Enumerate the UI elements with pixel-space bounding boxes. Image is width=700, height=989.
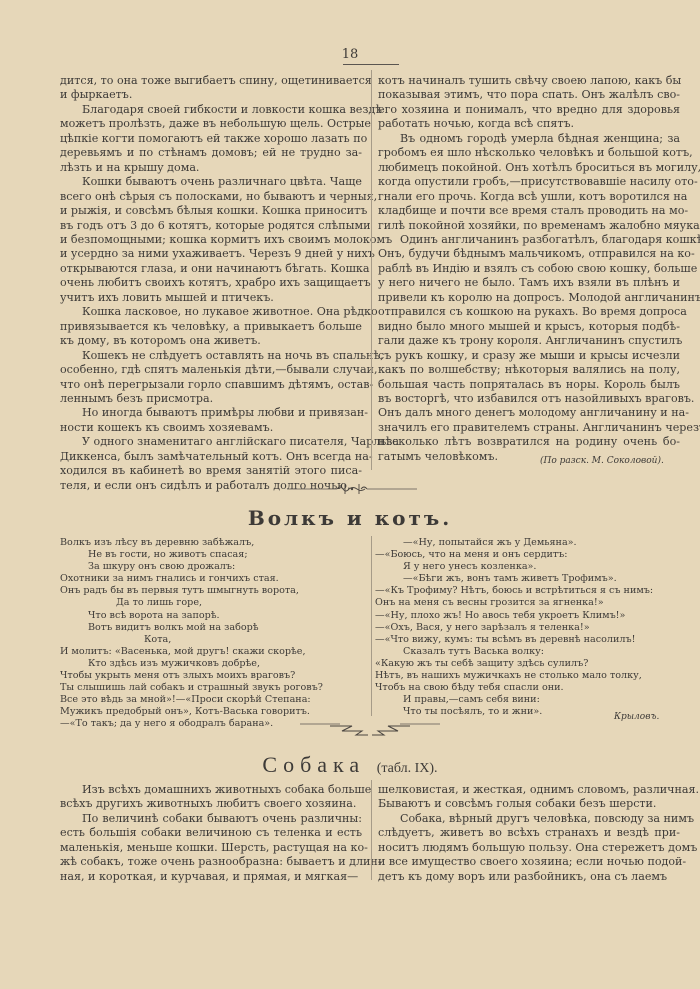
text-line: кладбище и почти все время сталъ проводи…: [378, 204, 680, 218]
text-line: раблѣ въ Индію и взялъ съ собою свою кош…: [378, 262, 680, 276]
text-line: видно было много мышей и крысъ, которыя …: [378, 320, 680, 334]
text-line: Онъ далъ много денегъ молодому англичани…: [378, 406, 680, 420]
poem-line: Онъ радъ бы въ первыя тутъ шмыгнуть воро…: [60, 585, 323, 597]
page-number: 18: [0, 47, 700, 62]
dog-title: Собака: [262, 752, 365, 777]
text-line: ходился въ кабинетѣ во время занятій это…: [60, 464, 362, 478]
text-line: шелковистая, и жесткая, однимъ словомъ, …: [378, 783, 680, 797]
poem-line: Кто здѣсь изъ мужичковъ добрѣе,: [60, 658, 323, 670]
text-line: слѣдуетъ, живетъ во всѣхъ странахъ и вез…: [378, 826, 680, 840]
paragraph: Благодаря своей гибкости и ловкости кошк…: [60, 103, 362, 175]
text-line: есть большія собаки величиною съ теленка…: [60, 826, 362, 840]
column-divider: [371, 70, 372, 470]
text-line: къ дому, въ которомъ она живетъ.: [60, 334, 362, 348]
poem-line: Не въ гости, но животъ спасая;: [60, 549, 323, 561]
text-line: цѣпкіе когти помогаютъ ей также хорошо л…: [60, 132, 362, 146]
text-line: въ годъ отъ 3 до 6 котятъ, которые родят…: [60, 219, 362, 233]
poem-line: Что ты посѣялъ, то и жни».: [375, 706, 653, 718]
paragraph: Кошки бываютъ очень различнаго цвѣта. Ча…: [60, 175, 362, 305]
text-line: жѣ собакъ, тоже очень разнообразна: быва…: [60, 855, 362, 869]
text-line: нѣсколько лѣтъ возвратился на родину оче…: [378, 435, 680, 449]
poem-line: —«Бѣги жъ, вонъ тамъ живетъ Трофимъ».: [375, 573, 653, 585]
text-line: Кошки бываютъ очень различнаго цвѣта. Ча…: [60, 175, 362, 189]
poem-left-column: Волкъ изъ лѣсу въ деревню забѣжалъ,Не въ…: [60, 537, 323, 731]
text-line: особенно, гдѣ спятъ маленькія дѣти,—быва…: [60, 363, 362, 377]
poem-line: Вотъ видитъ волкъ мой на заборѣ: [60, 622, 323, 634]
text-line: Онъ, будучи бѣднымъ мальчикомъ, отправил…: [378, 247, 680, 261]
poem-line: —«Ну, попытайся жъ у Демьяна».: [375, 537, 653, 549]
text-line: гробомъ ея шло нѣсколько человѣкъ и боль…: [378, 146, 680, 160]
text-line: и усердно за ними ухаживаетъ. Черезъ 9 д…: [60, 247, 362, 261]
text-line: отправился съ кошкою на рукахъ. Во время…: [378, 305, 680, 319]
paragraph: котъ начиналъ тушить свѣчу своею лапою, …: [378, 74, 680, 132]
poem-line: «Какую жъ ты себѣ защиту здѣсь сулилъ?: [375, 658, 653, 670]
text-line: большая часть попряталась въ норы. Корол…: [378, 378, 680, 392]
poem-line: Сказалъ тутъ Васька волку:: [375, 646, 653, 658]
text-line: и безпомощными; кошка кормитъ ихъ своимъ…: [60, 233, 362, 247]
paragraph: Собака, вѣрный другъ человѣка, повсюду з…: [378, 812, 680, 884]
text-line: Кошекъ не слѣдуетъ оставлять на ночь въ …: [60, 349, 362, 363]
poem-line: Онъ на меня съ весны грозится за ягненка…: [375, 597, 653, 609]
text-line: Бываютъ и совсѣмъ голыя собаки безъ шерс…: [378, 797, 680, 811]
text-line: у него ничего не было. Тамъ ихъ взяли въ…: [378, 276, 680, 290]
text-line: привели къ королю на допросъ. Молодой ан…: [378, 291, 680, 305]
poem-line: —«Ну, плохо жъ! Но авось тебя укроетъ Кл…: [375, 610, 653, 622]
paragraph: Но иногда бываютъ примѣры любви и привяз…: [60, 406, 362, 435]
paragraph: шелковистая, и жесткая, однимъ словомъ, …: [378, 783, 680, 812]
poem-right-column: —«Ну, попытайся жъ у Демьяна».—«Боюсь, ч…: [375, 537, 653, 718]
text-line: По величинѣ собаки бываютъ очень различн…: [60, 812, 362, 826]
text-line: котъ начиналъ тушить свѣчу своею лапою, …: [378, 74, 680, 88]
text-line: его хозяина и понималъ, что вредно для з…: [378, 103, 680, 117]
text-line: Кошка ласковое, но лукавое животное. Она…: [60, 305, 362, 319]
text-line: какъ по волшебству; нѣкоторыя валялись н…: [378, 363, 680, 377]
cat-text-left-column: дится, то она тоже выгибаетъ спину, ощет…: [60, 74, 362, 493]
page-number-rule: [343, 64, 399, 65]
text-line: можетъ пролѣзть, даже въ небольшую щель.…: [60, 117, 362, 131]
poem-line: И молитъ: «Васенька, мой другъ! скажи ск…: [60, 646, 323, 658]
poem-line: Ты слышишь лай собакъ и страшный звукъ р…: [60, 682, 323, 694]
text-line: гали даже къ трону короля. Англичанинъ с…: [378, 334, 680, 348]
text-line: показывая этимъ, что пора спать. Онъ жал…: [378, 88, 680, 102]
text-line: работать ночью, когда всѣ спятъ.: [378, 117, 680, 131]
text-line: и рыжія, и совсѣмъ бѣлыя кошки. Кошка пр…: [60, 204, 362, 218]
zigzag-ornament-divider: [300, 718, 440, 740]
text-line: деревьямъ и по стѣнамъ домовъ; ей не тру…: [60, 146, 362, 160]
poem-line: —«Что вижу, кумъ: ты всѣмъ въ деревнѣ на…: [375, 634, 653, 646]
text-line: и все имущество своего хозяина; если ноч…: [378, 855, 680, 869]
text-line: любимецъ покойной. Онъ хотѣлъ броситься …: [378, 161, 680, 175]
text-line: дится, то она тоже выгибаетъ спину, ощет…: [60, 74, 362, 88]
text-line: что онѣ перегрызали горло спавшимъ дѣтям…: [60, 378, 362, 392]
dog-subtitle: (табл. IX).: [377, 761, 438, 776]
poem-line: Мужикъ предобрый онъ», Котъ-Васька говор…: [60, 706, 323, 718]
poem-line: Кота,: [60, 634, 323, 646]
text-line: У одного знаменитаго англійскаго писател…: [60, 435, 362, 449]
text-line: привязывается къ человѣку, а привыкаетъ …: [60, 320, 362, 334]
paragraph: Въ одномъ городѣ умерла бѣдная женщина; …: [378, 132, 680, 233]
poem-column-divider: [371, 536, 372, 716]
poem-line: Волкъ изъ лѣсу въ деревню забѣжалъ,: [60, 537, 323, 549]
text-line: съ рукъ кошку, и сразу же мыши и крысы и…: [378, 349, 680, 363]
text-line: очень любитъ своихъ котятъ, храбро ихъ з…: [60, 276, 362, 290]
text-line: Благодаря своей гибкости и ловкости кошк…: [60, 103, 362, 117]
paragraph: По величинѣ собаки бываютъ очень различн…: [60, 812, 362, 884]
text-line: детъ къ дому воръ или разбойникъ, она съ…: [378, 870, 680, 884]
poem-line: —«Охъ, Вася, у него зарѣзалъ я теленка!»: [375, 622, 653, 634]
poem-line: И правы,—самъ себя вини:: [375, 694, 653, 706]
text-line: учитъ ихъ ловить мышей и птичекъ.: [60, 291, 362, 305]
text-line: значилъ его правителемъ страны. Англичан…: [378, 421, 680, 435]
text-line: маленькія, меньше кошки. Шерсть, растуща…: [60, 841, 362, 855]
poem-line: —«Боюсь, что на меня и онъ сердитъ:: [375, 549, 653, 561]
text-line: ная, и короткая, и курчавая, и прямая, и…: [60, 870, 362, 884]
paragraph: Кошекъ не слѣдуетъ оставлять на ночь въ …: [60, 349, 362, 407]
text-line: Диккенса, былъ замѣчательный котъ. Онъ в…: [60, 450, 362, 464]
dog-text-right-column: шелковистая, и жесткая, однимъ словомъ, …: [378, 783, 680, 884]
paragraph: дится, то она тоже выгибаетъ спину, ощет…: [60, 74, 362, 103]
dog-text-left-column: Изъ всѣхъ домашнихъ животныхъ собака бол…: [60, 783, 362, 884]
text-line: Изъ всѣхъ домашнихъ животныхъ собака бол…: [60, 783, 362, 797]
text-line: въ восторгѣ, что избавился отъ назойливы…: [378, 392, 680, 406]
text-line: всего онѣ сѣрыя съ полосками, но бываютъ…: [60, 190, 362, 204]
text-line: ности кошекъ къ своимъ хозяевамъ.: [60, 421, 362, 435]
poem-line: Нѣтъ, въ нашихъ мужичкахъ не столько мал…: [375, 670, 653, 682]
cat-attribution: (По разск. М. Соколовой).: [540, 456, 664, 466]
text-line: лѣзть и на крышу дома.: [60, 161, 362, 175]
poem-line: Охотники за нимъ гнались и гончихъ стая.: [60, 573, 323, 585]
poem-line: Да то лишь горе,: [60, 597, 323, 609]
text-line: когда опустили гробъ,—присутствовавшіе н…: [378, 175, 680, 189]
poem-line: Чтобъ на свою бѣду тебя спасли они.: [375, 682, 653, 694]
poem-line: —«То такъ; да у него я ободралъ барана».: [60, 718, 323, 730]
text-line: Въ одномъ городѣ умерла бѣдная женщина; …: [378, 132, 680, 146]
book-page: 18 дится, то она тоже выгибаетъ спину, о…: [0, 0, 700, 989]
paragraph: Кошка ласковое, но лукавое животное. Она…: [60, 305, 362, 348]
poem-line: Чтобы укрыть меня отъ злыхъ моихъ врагов…: [60, 670, 323, 682]
dog-section-title: Собака (табл. IX).: [0, 752, 700, 778]
poem-line: —«Къ Трофиму? Нѣтъ, боюсь и встрѣтиться …: [375, 585, 653, 597]
poem-title: Волкъ и котъ.: [0, 506, 700, 530]
text-line: и фыркаетъ.: [60, 88, 362, 102]
text-line: носитъ людямъ большую пользу. Она стереж…: [378, 841, 680, 855]
text-line: открываются глаза, и они начинаютъ бѣгат…: [60, 262, 362, 276]
poem-line: Что всѣ ворота на запорѣ.: [60, 610, 323, 622]
text-line: Но иногда бываютъ примѣры любви и привяз…: [60, 406, 362, 420]
poem-line: Я у него унесъ козленка».: [375, 561, 653, 573]
poem-line: За шкуру онъ свою дрожалъ:: [60, 561, 323, 573]
text-line: Одинъ англичанинъ разбогатѣлъ, благодаря…: [378, 233, 680, 247]
text-line: гнали его прочь. Когда всѣ ушли, котъ во…: [378, 190, 680, 204]
text-line: Собака, вѣрный другъ человѣка, повсюду з…: [378, 812, 680, 826]
text-line: всѣхъ другихъ животныхъ любитъ своего хо…: [60, 797, 362, 811]
text-line: леннымъ безъ присмотра.: [60, 392, 362, 406]
vine-ornament-divider: [287, 481, 417, 497]
paragraph: Изъ всѣхъ домашнихъ животныхъ собака бол…: [60, 783, 362, 812]
poem-line: Все это вѣдь за мной»!—«Проси скорѣй Сте…: [60, 694, 323, 706]
dog-column-divider: [371, 780, 372, 880]
cat-text-right-column: котъ начиналъ тушить свѣчу своею лапою, …: [378, 74, 680, 464]
text-line: гилѣ покойной хозяйки, по временамъ жало…: [378, 219, 680, 233]
poem-author: Крыловъ.: [614, 712, 659, 722]
paragraph: Одинъ англичанинъ разбогатѣлъ, благодаря…: [378, 233, 680, 464]
